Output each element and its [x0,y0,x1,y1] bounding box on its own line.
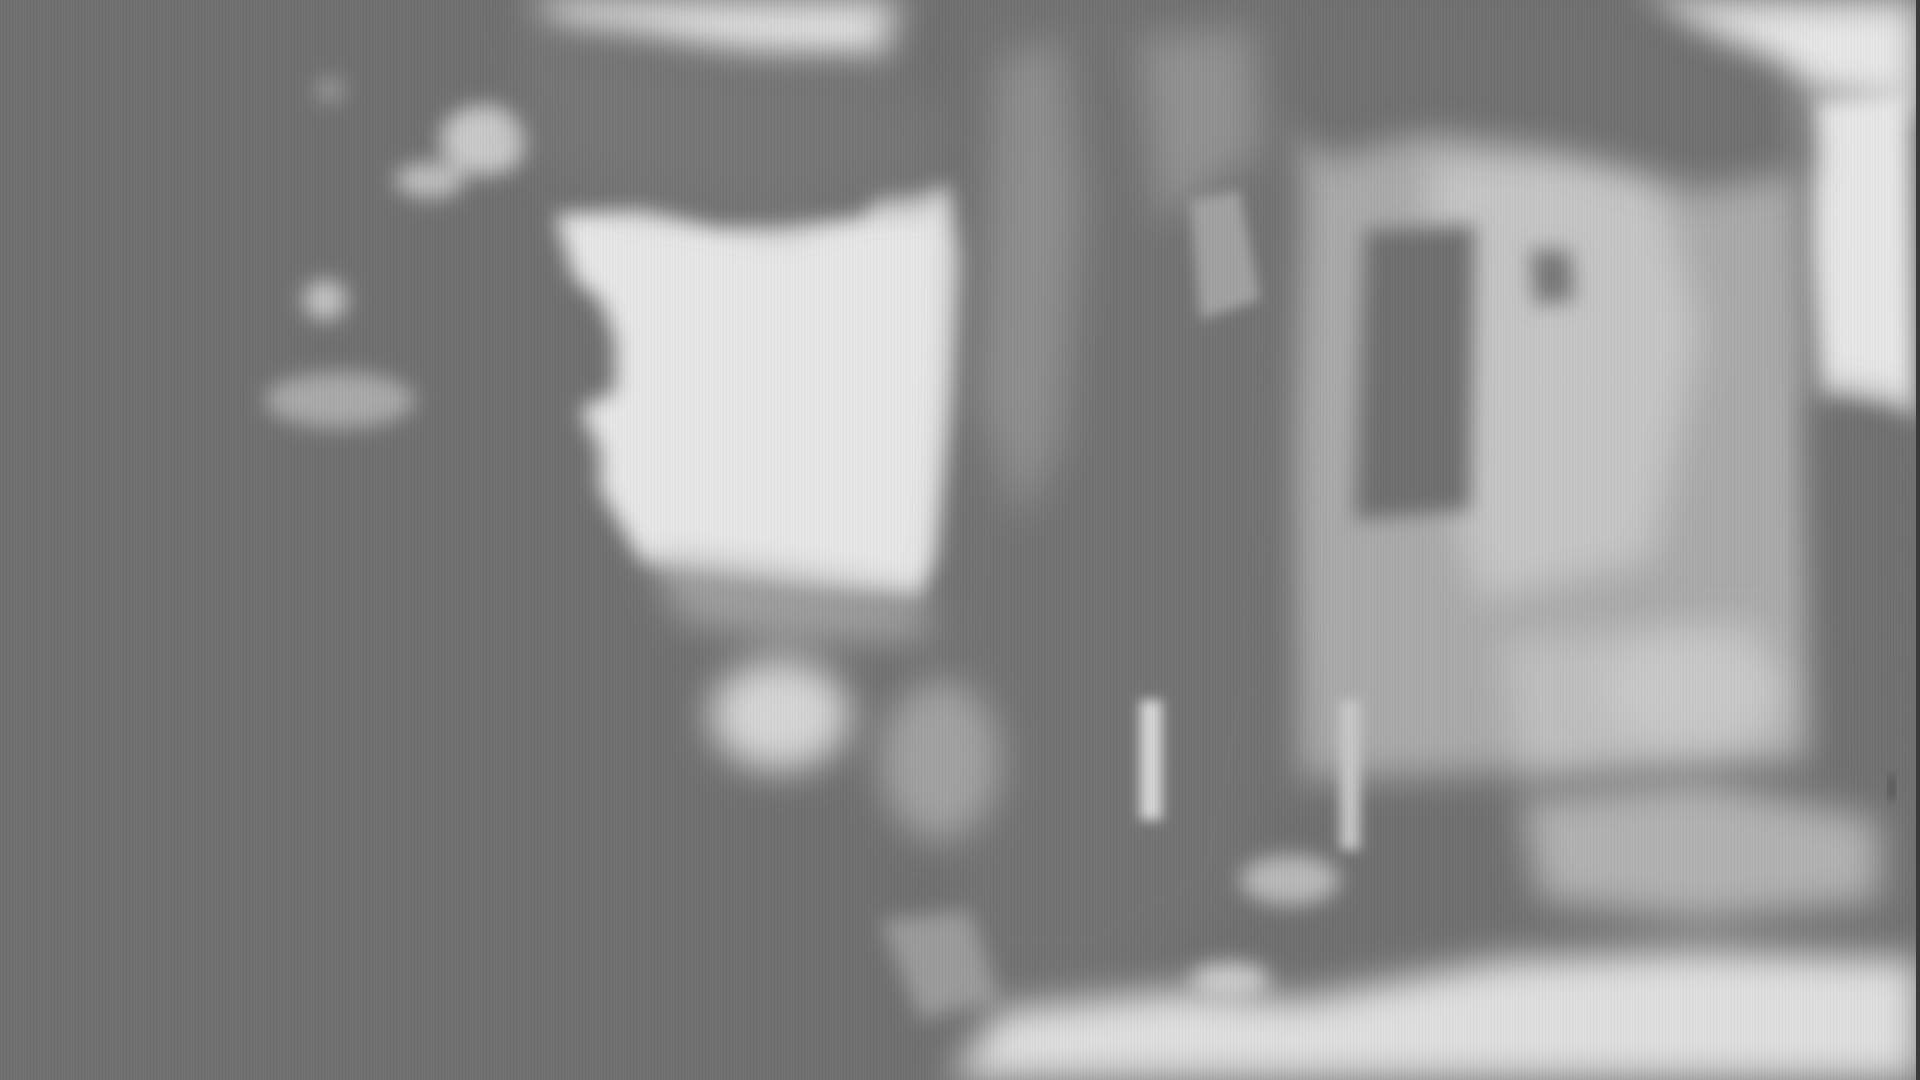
sky-right [1810,90,1915,420]
photo-frame [0,0,1920,1080]
central-ruin [940,0,1300,980]
right-border [1916,0,1920,1080]
edge-marks [1888,775,1895,800]
scene [0,0,1920,1080]
